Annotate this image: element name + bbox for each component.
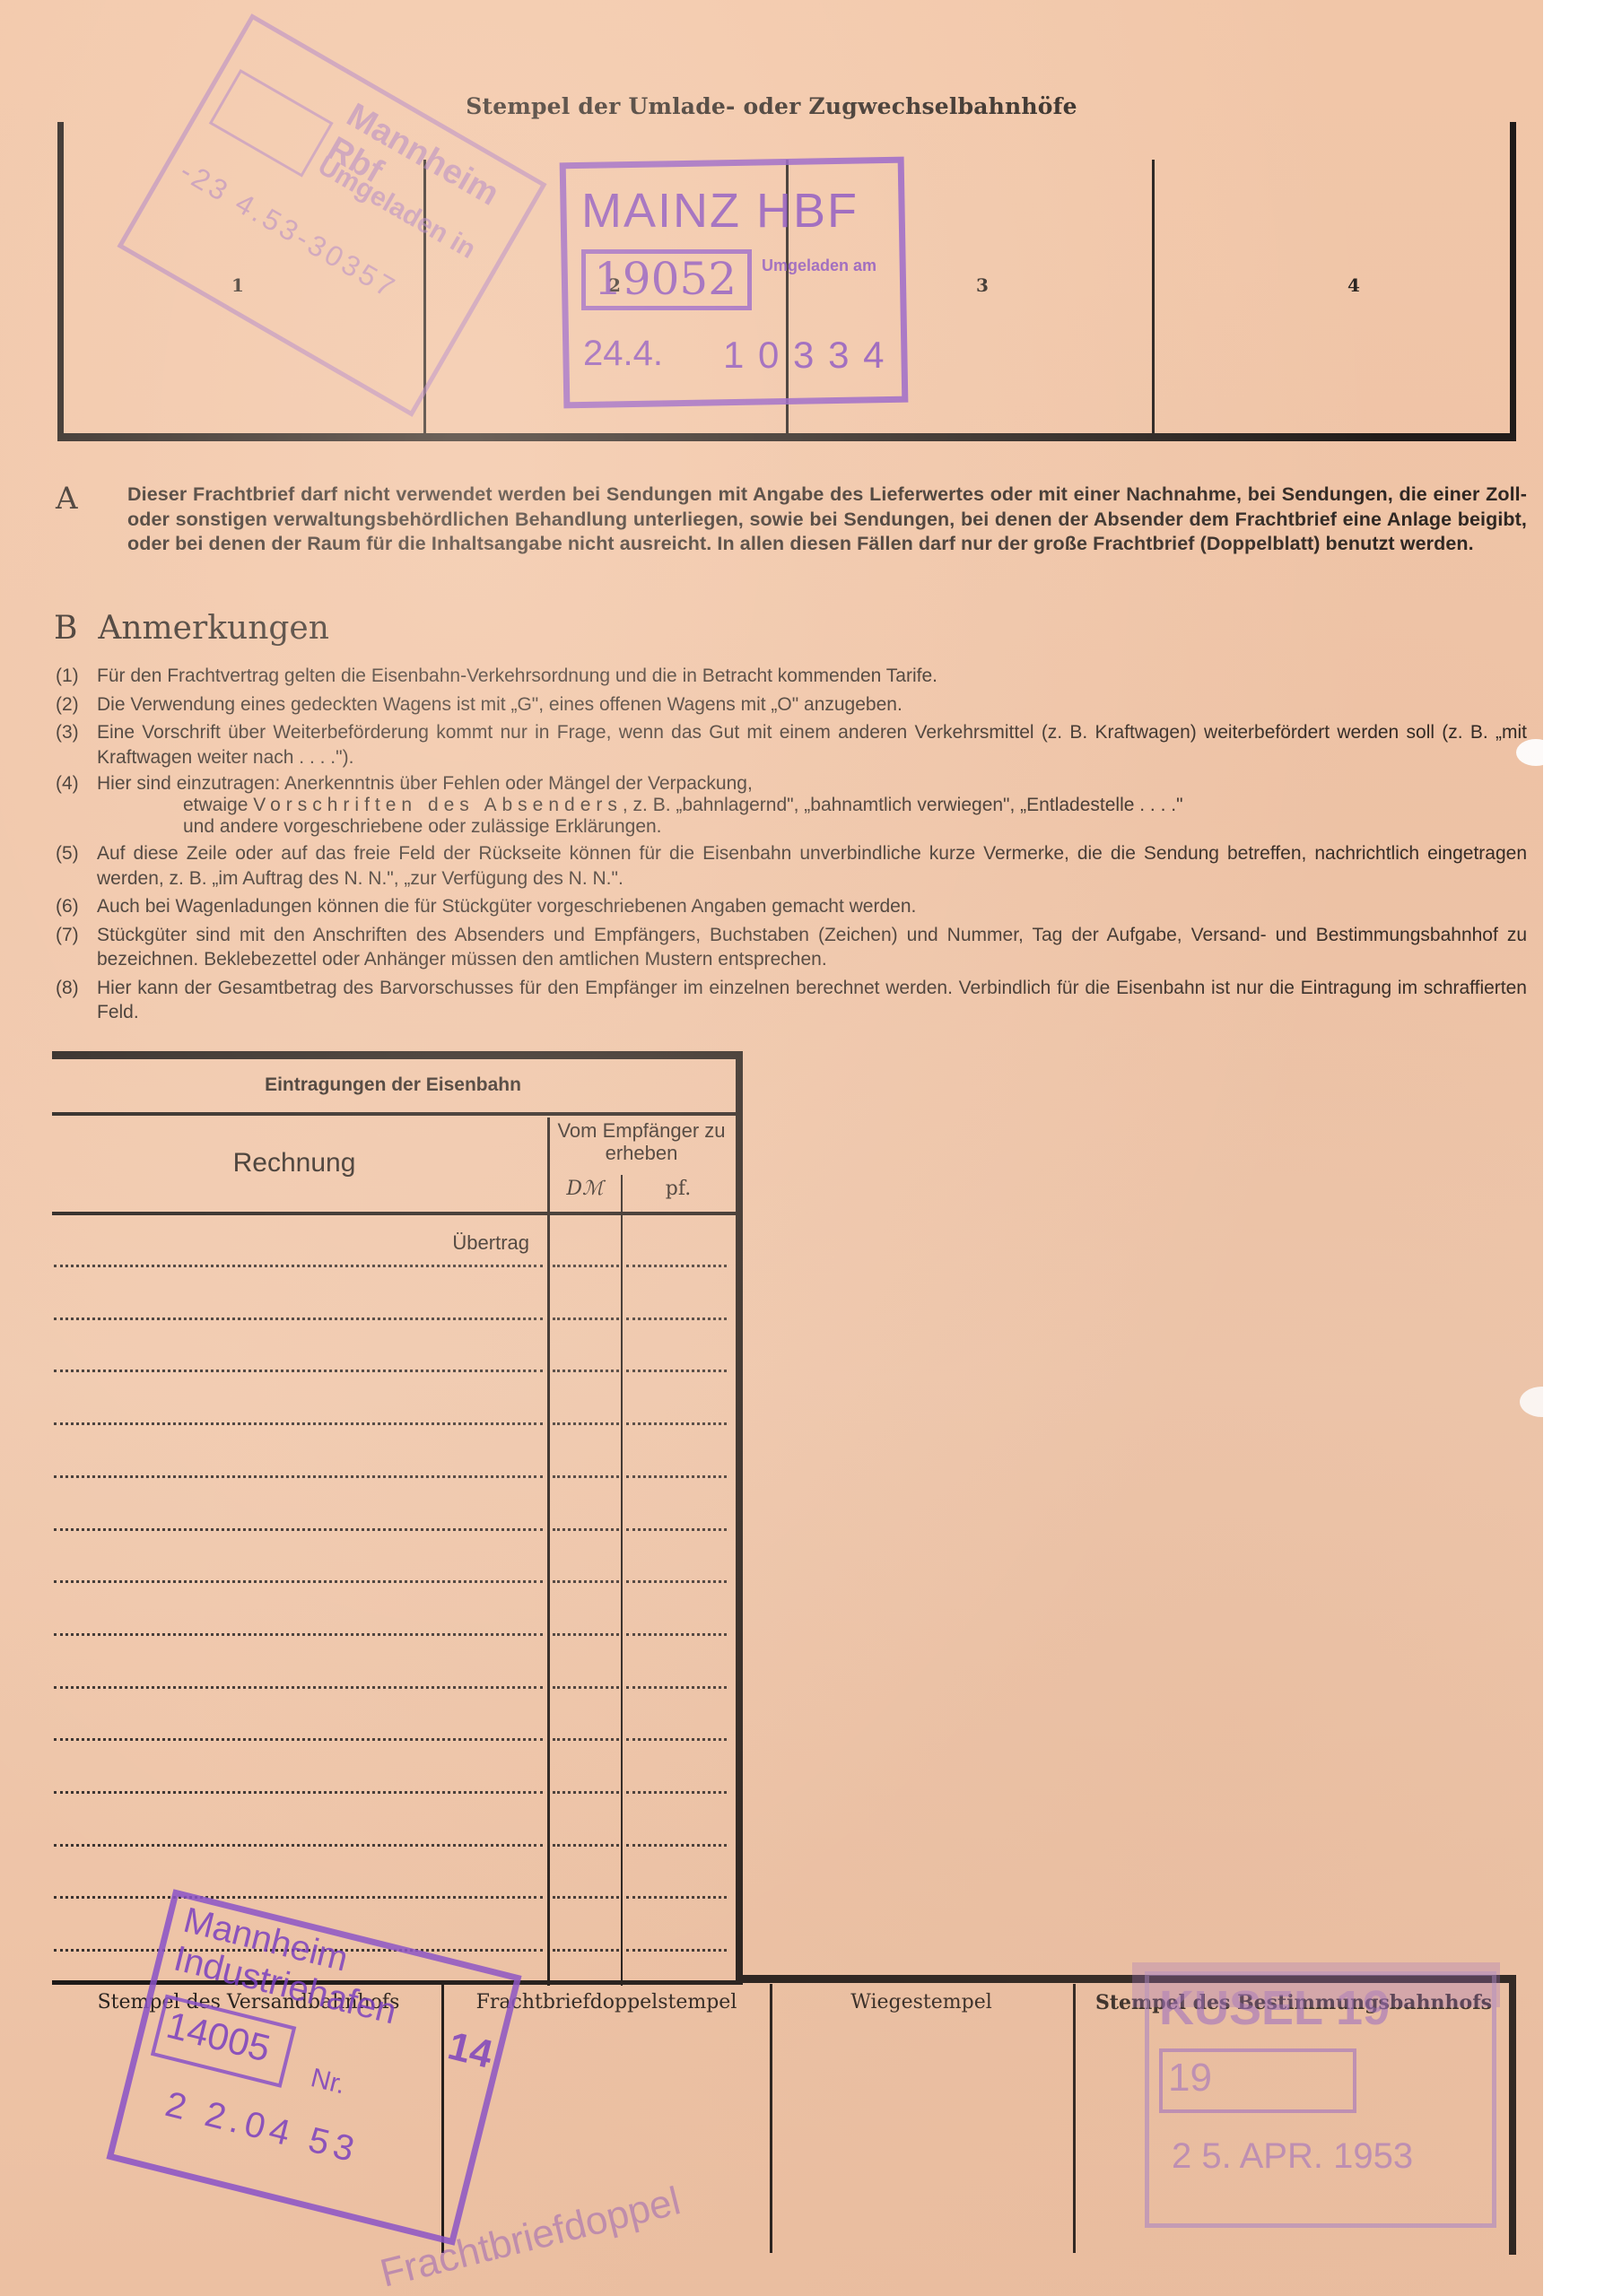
table-row-line (54, 1475, 543, 1478)
divider (52, 1212, 736, 1215)
mainz-hbf-stamp: MAINZ HBF 19052 Umgeladen am 24.4. 1 0 3… (562, 160, 906, 405)
divider (547, 1118, 550, 1986)
note-item: (8) Hier kann der Gesamtbetrag des Barvo… (56, 976, 1527, 1025)
section-b-letter: B (54, 610, 77, 647)
table-row-line (626, 1844, 727, 1847)
note-item: (3) Eine Vorschrift über Weiterbeförderu… (56, 720, 1527, 770)
section-a-text: Dieser Frachtbrief darf nicht verwendet … (127, 483, 1527, 557)
table-row-line (626, 1422, 727, 1425)
table-row-line (626, 1265, 727, 1267)
freight-document-page: Stempel der Umlade- oder Zugwechselbahnh… (0, 0, 1543, 2296)
divider (52, 1112, 736, 1116)
divider (621, 1175, 623, 1986)
table-row-line (626, 1896, 727, 1899)
uebertrag-label: Übertrag (377, 1231, 529, 1255)
section-a-letter: A (56, 481, 78, 517)
pf-column-header: pf. (624, 1178, 732, 1200)
table-row-line (54, 1844, 543, 1847)
railway-entries-title: Eintragungen der Eisenbahn (52, 1074, 734, 1096)
table-row-line (626, 1475, 727, 1478)
note-item: (5) Auf diese Zeile oder auf das freie F… (56, 841, 1527, 891)
table-row-line (626, 1528, 727, 1531)
table-row-line (553, 1370, 619, 1372)
table-row-line (553, 1633, 619, 1636)
table-row-line (553, 1580, 619, 1583)
amount-column-header: Vom Empfänger zu erheben (547, 1119, 736, 1164)
table-row-line (553, 1528, 619, 1531)
note-item: (2) Die Verwendung eines gedeckten Wagen… (56, 692, 1527, 717)
table-row-line (54, 1896, 543, 1899)
table-row-line (54, 1370, 543, 1372)
table-row-line (553, 1844, 619, 1847)
table-row-line (54, 1633, 543, 1636)
stamp-field-4-number: 4 (1347, 274, 1360, 296)
table-row-line (553, 1475, 619, 1478)
table-row-line (626, 1580, 727, 1583)
table-row-line (54, 1791, 543, 1794)
table-row-line (553, 1949, 619, 1952)
punch-hole (1516, 739, 1556, 766)
table-row-line (626, 1791, 727, 1794)
table-row-line (54, 1318, 543, 1320)
punch-hole (1520, 1387, 1565, 1417)
divider (1152, 160, 1155, 438)
note-item: (6) Auch bei Wagenladungen können die fü… (56, 894, 1527, 919)
rechnung-column-header: Rechnung (52, 1148, 536, 1178)
table-row-line (626, 1949, 727, 1952)
section-b-heading: B Anmerkungen (54, 610, 329, 647)
table-row-line (54, 1580, 543, 1583)
table-row-line (553, 1738, 619, 1741)
weighing-stamp-label: Wiegestempel (773, 1991, 1069, 2013)
dm-column-header: Dℳ (549, 1178, 621, 1200)
table-row-line (553, 1265, 619, 1267)
table-row-line (54, 1686, 543, 1689)
table-row-line (54, 1528, 543, 1531)
divider (1073, 1984, 1076, 2253)
table-row-line (626, 1370, 727, 1372)
table-row-line (626, 1318, 727, 1320)
section-b-title: Anmerkungen (98, 610, 329, 647)
table-row-line (553, 1318, 619, 1320)
table-row-line (54, 1265, 543, 1267)
table-row-line (54, 1738, 543, 1741)
divider (770, 1984, 772, 2253)
table-row-line (626, 1686, 727, 1689)
stamp-field-3-number: 3 (976, 274, 989, 296)
note-item: (4) Hier sind einzutragen: Anerkenntnis … (56, 773, 1527, 838)
destination-station-stamp: KUSEL 19 19 2 5. APR. 1953 (1132, 1962, 1500, 2222)
table-row-line (553, 1422, 619, 1425)
table-row-line (626, 1633, 727, 1636)
table-row-line (54, 1422, 543, 1425)
note-item: (7) Stückgüter sind mit den Anschriften … (56, 923, 1527, 972)
table-row-line (626, 1738, 727, 1741)
table-row-line (553, 1686, 619, 1689)
table-row-line (553, 1896, 619, 1899)
notes-list: (1) Für den Frachtvertrag gelten die Eis… (56, 664, 1527, 1029)
note-item: (1) Für den Frachtvertrag gelten die Eis… (56, 664, 1527, 689)
table-row-line (553, 1791, 619, 1794)
